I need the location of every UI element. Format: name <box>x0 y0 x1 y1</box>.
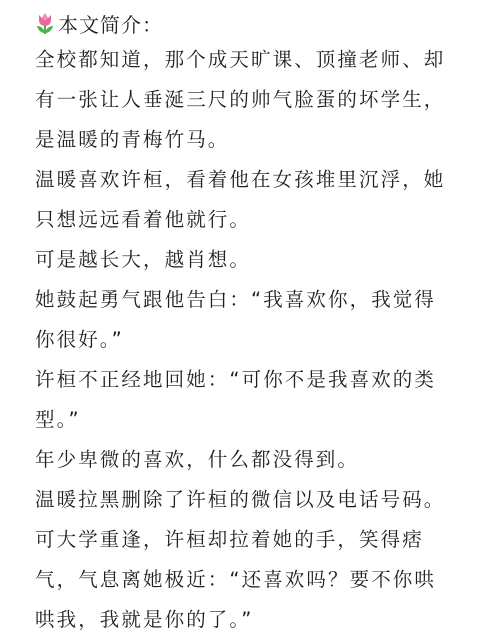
text-line: 可大学重逢，许桓却拉着她的手，笑得痞 <box>35 520 495 560</box>
text-line: 型。” <box>35 400 495 440</box>
text-line: 气，气息离她极近：“还喜欢吗？要不你哄 <box>35 560 495 600</box>
tulip-icon <box>35 11 55 35</box>
text-line: 温暖喜欢许桓，看着他在女孩堆里沉浮，她 <box>35 160 495 200</box>
text-line: 她鼓起勇气跟他告白：“我喜欢你，我觉得 <box>35 280 495 320</box>
text-line: 只想远远看着他就行。 <box>35 200 495 240</box>
text-line: 可是越长大，越肖想。 <box>35 240 495 280</box>
synopsis-header: 本文简介： <box>35 6 495 40</box>
text-line: 年少卑微的喜欢，什么都没得到。 <box>35 440 495 480</box>
text-line: 哄我，我就是你的了。” <box>35 600 495 640</box>
text-line: 许桓不正经地回她：“可你不是我喜欢的类 <box>35 360 495 400</box>
text-line: 是温暖的青梅竹马。 <box>35 120 495 160</box>
text-line: 有一张让人垂涎三尺的帅气脸蛋的坏学生， <box>35 80 495 120</box>
text-line: 温暖拉黑删除了许桓的微信以及电话号码。 <box>35 480 495 520</box>
text-line: 你很好。” <box>35 320 495 360</box>
synopsis-title: 本文简介： <box>58 9 163 38</box>
synopsis-document: 本文简介： 全校都知道，那个成天旷课、顶撞老师、却 有一张让人垂涎三尺的帅气脸蛋… <box>35 6 495 640</box>
text-line: 全校都知道，那个成天旷课、顶撞老师、却 <box>35 40 495 80</box>
